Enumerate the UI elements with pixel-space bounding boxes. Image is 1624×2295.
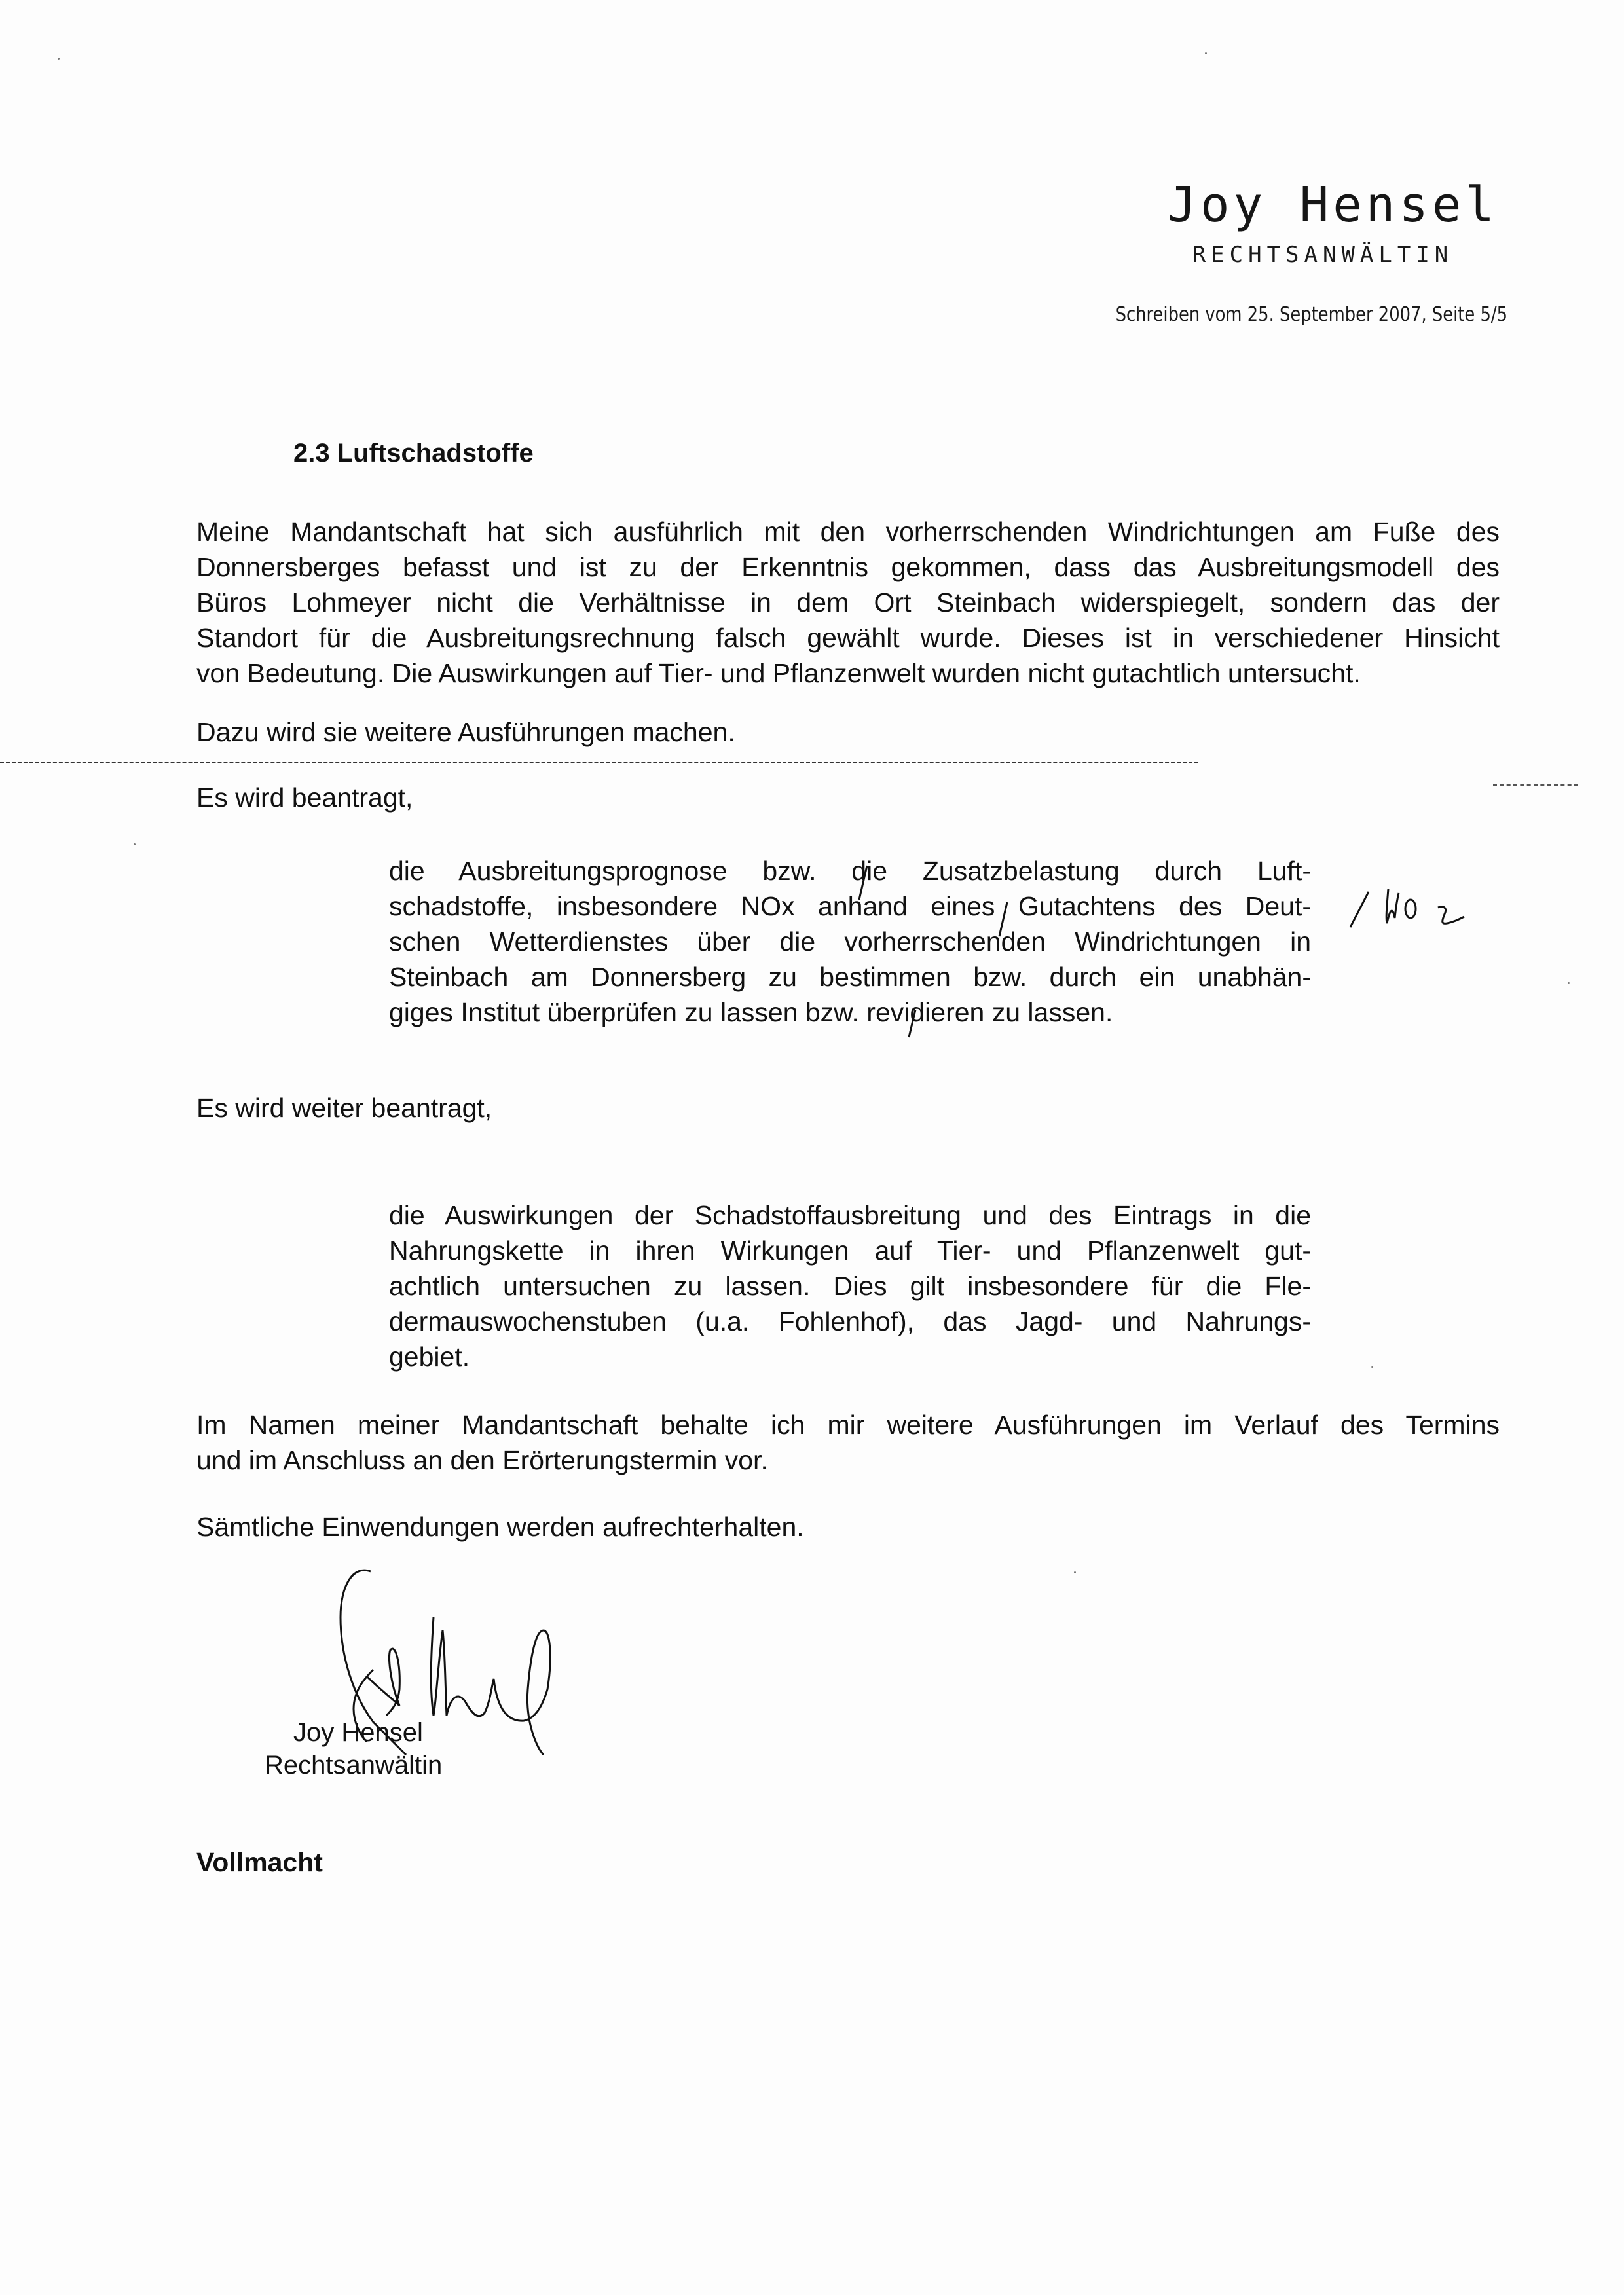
intro-line: Meine Mandantschaft hat sich ausführlich…	[196, 519, 1500, 554]
motion-2-line: achtlich untersuchen zu lassen. Dies gil…	[389, 1273, 1311, 1308]
handwritten-slash-mark	[857, 863, 870, 902]
scan-speck	[1568, 982, 1570, 984]
intro-line: Donnersberges befasst und ist zu der Erk…	[196, 554, 1500, 589]
motion-1-intro: Es wird beantragt,	[196, 784, 413, 811]
motion-2-line: dermauswochenstuben (u.a. Fohlenhof), da…	[389, 1308, 1311, 1344]
motion-2-line: gebiet.	[389, 1344, 1311, 1379]
letterhead-name: Joy Hensel	[1158, 181, 1498, 229]
intro-paragraph: Meine Mandantschaft hat sich ausführlich…	[196, 519, 1500, 695]
intro-line: von Bedeutung. Die Auswirkungen auf Tier…	[196, 660, 1500, 695]
intro-line: Standort für die Ausbreitungsrechnung fa…	[196, 625, 1500, 660]
closing-sentence: Sämtliche Einwendungen werden aufrechter…	[196, 1514, 804, 1541]
motion-1-line: die Ausbreitungsprognose bzw. die Zusatz…	[389, 858, 1311, 893]
scan-speck	[1371, 1366, 1373, 1368]
section-heading: 2.3 Luftschadstoffe	[293, 440, 534, 466]
motion-1-line: giges Institut überprüfen zu lassen bzw.…	[389, 999, 1311, 1035]
scan-speck	[1205, 52, 1207, 54]
motion-1-line: schadstoffe, insbesondere NOx anhand ein…	[389, 893, 1311, 928]
handwritten-annotation-no2: / NO2	[1349, 885, 1473, 931]
motion-1-line: schen Wetterdienstes über die vorherrsch…	[389, 928, 1311, 964]
signatory-role: Rechtsanwältin	[265, 1752, 442, 1778]
letter-reference: Schreiben vom 25. September 2007, Seite …	[1090, 305, 1507, 325]
motion-1-line: Steinbach am Donnersberg zu bestimmen bz…	[389, 964, 1311, 999]
handwritten-slash-mark	[997, 900, 1010, 939]
motion-2-line: die Auswirkungen der Schadstoffausbreitu…	[389, 1202, 1311, 1238]
handwritten-slash-mark	[906, 1007, 918, 1040]
scan-speck	[1074, 1571, 1076, 1573]
motion-2-line: Nahrungskette in ihren Wirkungen auf Tie…	[389, 1238, 1311, 1273]
scan-divider-fragment	[1493, 784, 1578, 786]
attachment-heading: Vollmacht	[196, 1849, 323, 1876]
reservation-line: und im Anschluss an den Erörterungstermi…	[196, 1447, 1500, 1482]
signatory-name: Joy Hensel	[293, 1719, 423, 1746]
motion-1-text: die Ausbreitungsprognose bzw. die Zusatz…	[389, 858, 1311, 1035]
reservation-paragraph: Im Namen meiner Mandantschaft behalte ic…	[196, 1412, 1500, 1482]
scan-speck	[58, 58, 60, 60]
scanned-letter-page: Joy Hensel RECHTSANWÄLTIN Schreiben vom …	[0, 0, 1624, 2295]
motion-2-text: die Auswirkungen der Schadstoffausbreitu…	[389, 1202, 1311, 1379]
scan-divider-line	[0, 762, 1198, 763]
letterhead-title: RECHTSANWÄLTIN	[1166, 244, 1480, 266]
intro-line: Büros Lohmeyer nicht die Verhältnisse in…	[196, 589, 1500, 625]
scan-speck	[134, 843, 136, 845]
motion-2-intro: Es wird weiter beantragt,	[196, 1095, 492, 1122]
followup-sentence: Dazu wird sie weitere Ausführungen mache…	[196, 719, 735, 746]
reservation-line: Im Namen meiner Mandantschaft behalte ic…	[196, 1412, 1500, 1447]
